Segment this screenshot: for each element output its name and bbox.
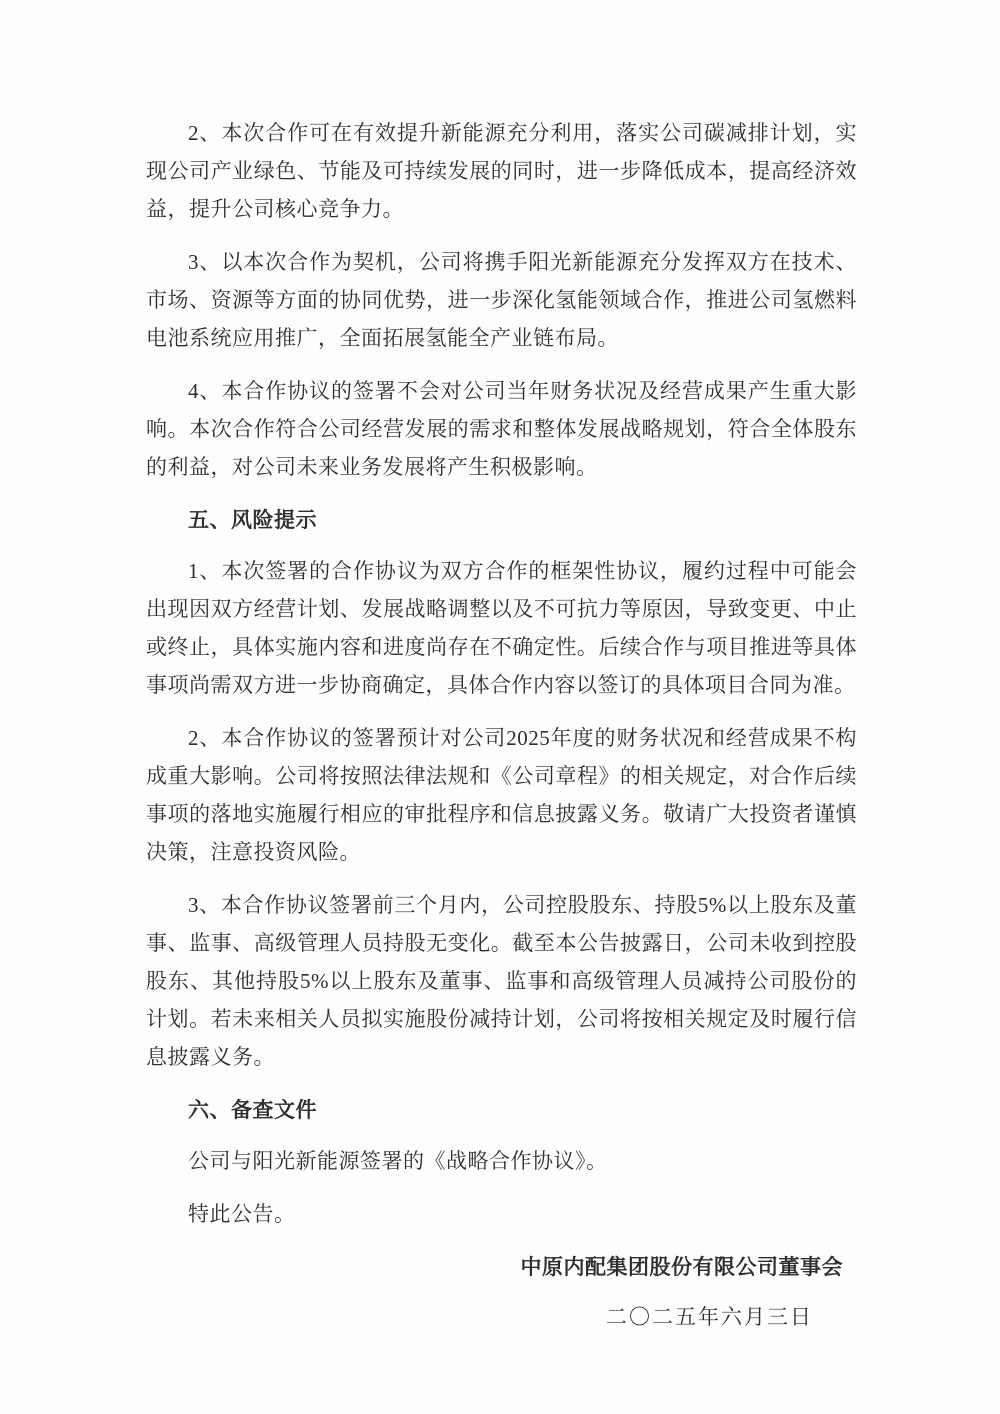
announcement-date: 二〇二五年六月三日	[146, 1298, 857, 1336]
risk-paragraph-2: 2、本合作协议的签署预计对公司2025年度的财务状况和经营成果不构成重大影响。公…	[146, 719, 857, 871]
board-signature: 中原内配集团股份有限公司董事会	[146, 1248, 857, 1286]
reference-paragraph: 公司与阳光新能源签署的《战略合作协议》。	[146, 1142, 857, 1180]
document-content: 2、本次合作可在有效提升新能源充分利用，落实公司碳减排计划，实现公司产业绿色、节…	[146, 114, 857, 1336]
risk-paragraph-1: 1、本次签署的合作协议为双方合作的框架性协议，履约过程中可能会出现因双方经营计划…	[146, 552, 857, 704]
closing-announcement-line: 特此公告。	[146, 1195, 857, 1233]
paragraph-point-4: 4、本合作协议的签署不会对公司当年财务状况及经营成果产生重大影响。本次合作符合公…	[146, 372, 857, 486]
paragraph-point-2: 2、本次合作可在有效提升新能源充分利用，落实公司碳减排计划，实现公司产业绿色、节…	[146, 114, 857, 228]
paragraph-point-3: 3、以本次合作为契机，公司将携手阳光新能源充分发挥双方在技术、市场、资源等方面的…	[146, 243, 857, 357]
document-page: 2、本次合作可在有效提升新能源充分利用，落实公司碳减排计划，实现公司产业绿色、节…	[0, 0, 1000, 1414]
section-heading-risk-notice: 五、风险提示	[146, 501, 857, 539]
section-heading-reference-documents: 六、备查文件	[146, 1091, 857, 1129]
risk-paragraph-3: 3、本合作协议签署前三个月内，公司控股股东、持股5%以上股东及董事、监事、高级管…	[146, 886, 857, 1076]
